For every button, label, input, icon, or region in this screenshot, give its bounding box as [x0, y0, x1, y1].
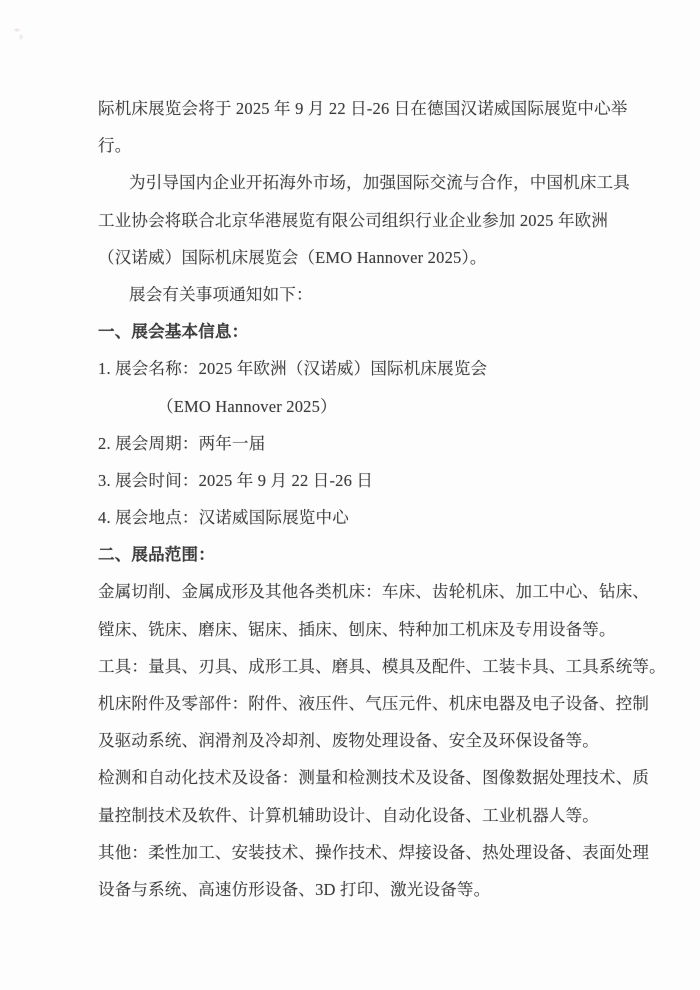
- list-item: 1. 展会名称：2025 年欧洲（汉诺威）国际机床展览会: [98, 350, 613, 387]
- text-line: 为引导国内企业开拓海外市场，加强国际交流与合作，中国机床工具: [98, 164, 613, 201]
- text-line: 及驱动系统、润滑剂及冷却剂、废物处理设备、安全及环保设备等。: [98, 722, 613, 759]
- document-page: 际机床展览会将于 2025 年 9 月 22 日-26 日在德国汉诺威国际展览中…: [0, 0, 700, 990]
- text-line: 其他：柔性加工、安装技术、操作技术、焊接设备、热处理设备、表面处理: [98, 834, 613, 871]
- text-line: 检测和自动化技术及设备：测量和检测技术及设备、图像数据处理技术、质: [98, 759, 613, 796]
- list-item: 4. 展会地点：汉诺威国际展览中心: [98, 499, 613, 536]
- text-line: 际机床展览会将于 2025 年 9 月 22 日-26 日在德国汉诺威国际展览中…: [98, 90, 613, 127]
- text-line: 量控制技术及软件、计算机辅助设计、自动化设备、工业机器人等。: [98, 797, 613, 834]
- text-line: （汉诺威）国际机床展览会（EMO Hannover 2025）。: [98, 239, 613, 276]
- list-item: 2. 展会周期：两年一届: [98, 425, 613, 462]
- text-line: 设备与系统、高速仿形设备、3D 打印、激光设备等。: [98, 871, 613, 908]
- text-line: 行。: [98, 127, 613, 164]
- notice-lead-line: 展会有关事项通知如下：: [98, 276, 613, 313]
- text-line: 工业协会将联合北京华港展览有限公司组织行业企业参加 2025 年欧洲: [98, 202, 613, 239]
- text-line: 工具：量具、刃具、成形工具、磨具、模具及配件、工装卡具、工具系统等。: [98, 648, 613, 685]
- section-heading-1: 一、展会基本信息：: [98, 313, 613, 350]
- list-item: 3. 展会时间：2025 年 9 月 22 日-26 日: [98, 462, 613, 499]
- text-line: 金属切削、金属成形及其他各类机床：车床、齿轮机床、加工中心、钻床、: [98, 573, 613, 610]
- scan-smudge-mark: [11, 25, 27, 43]
- section-heading-2: 二、展品范围：: [98, 536, 613, 573]
- text-line: 机床附件及零部件：附件、液压件、气压元件、机床电器及电子设备、控制: [98, 685, 613, 722]
- list-item-continuation: （EMO Hannover 2025）: [98, 388, 613, 425]
- document-body: 际机床展览会将于 2025 年 9 月 22 日-26 日在德国汉诺威国际展览中…: [98, 90, 613, 908]
- text-line: 镗床、铣床、磨床、锯床、插床、刨床、特种加工机床及专用设备等。: [98, 611, 613, 648]
